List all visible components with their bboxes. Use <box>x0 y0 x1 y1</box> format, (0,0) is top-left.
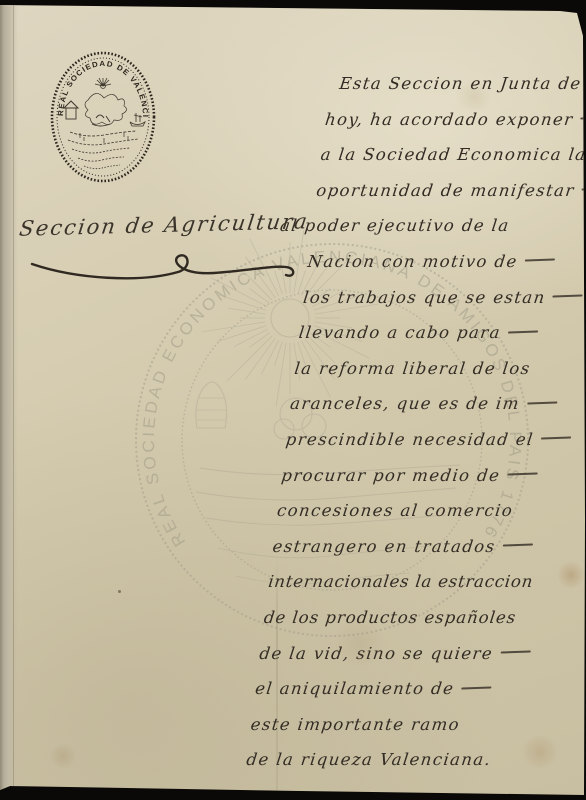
manuscript-line: estrangero en tratados <box>271 529 573 565</box>
manuscript-line: procurar por medio de <box>279 458 581 494</box>
manuscript-line: los trabajos que se estan <box>301 280 586 316</box>
seal-sunburst-icon <box>95 78 111 88</box>
oval-seal: REAL SOCIEDAD DE VALENCIA <box>44 42 164 194</box>
manuscript-line: llevando a cabo para <box>297 315 586 351</box>
manuscript-line: concesiones al comercio <box>275 493 577 529</box>
manuscript-page: REAL SOCIEDAD ECONOMICA VALENCIANA DE AM… <box>0 0 586 800</box>
manuscript-line: Nacion con motivo de <box>305 244 586 280</box>
manuscript-line: la reforma liberal de los <box>292 351 586 387</box>
manuscript-line: el aniquilamiento de <box>253 671 555 707</box>
manuscript-line: de la riqueza Valenciana. <box>244 742 546 778</box>
crease-line <box>276 556 278 800</box>
manuscript-line: prescindible necesidad el <box>284 422 586 458</box>
manuscript-line: aranceles, que es de im <box>288 386 586 422</box>
ink-speck <box>118 590 121 593</box>
watermark-beehive-icon <box>196 382 227 428</box>
gutter-seam-line <box>13 0 14 800</box>
manuscript-line: de los productos españoles <box>262 600 564 636</box>
manuscript-line: oportunidad de manifestar <box>314 173 586 209</box>
header-flourish <box>28 244 300 288</box>
manuscript-line: a la Sociedad Economica la <box>319 137 586 173</box>
page-gutter <box>0 0 18 800</box>
manuscript-line: de la vid, sino se quiere <box>257 636 559 672</box>
manuscript-line: hoy, ha acordado exponer <box>323 102 586 138</box>
seal-foliage <box>85 93 127 124</box>
manuscript-line: este importante ramo <box>249 707 551 743</box>
manuscript-line: al poder ejecutivo de la <box>278 208 586 244</box>
photo-background: REAL SOCIEDAD ECONOMICA VALENCIANA DE AM… <box>0 0 586 800</box>
manuscript-line: internacionales la estraccion <box>266 564 568 600</box>
seal-ground <box>68 131 138 169</box>
seal-scene <box>64 78 145 169</box>
manuscript-line: Esta Seccion en Junta de <box>337 66 586 102</box>
